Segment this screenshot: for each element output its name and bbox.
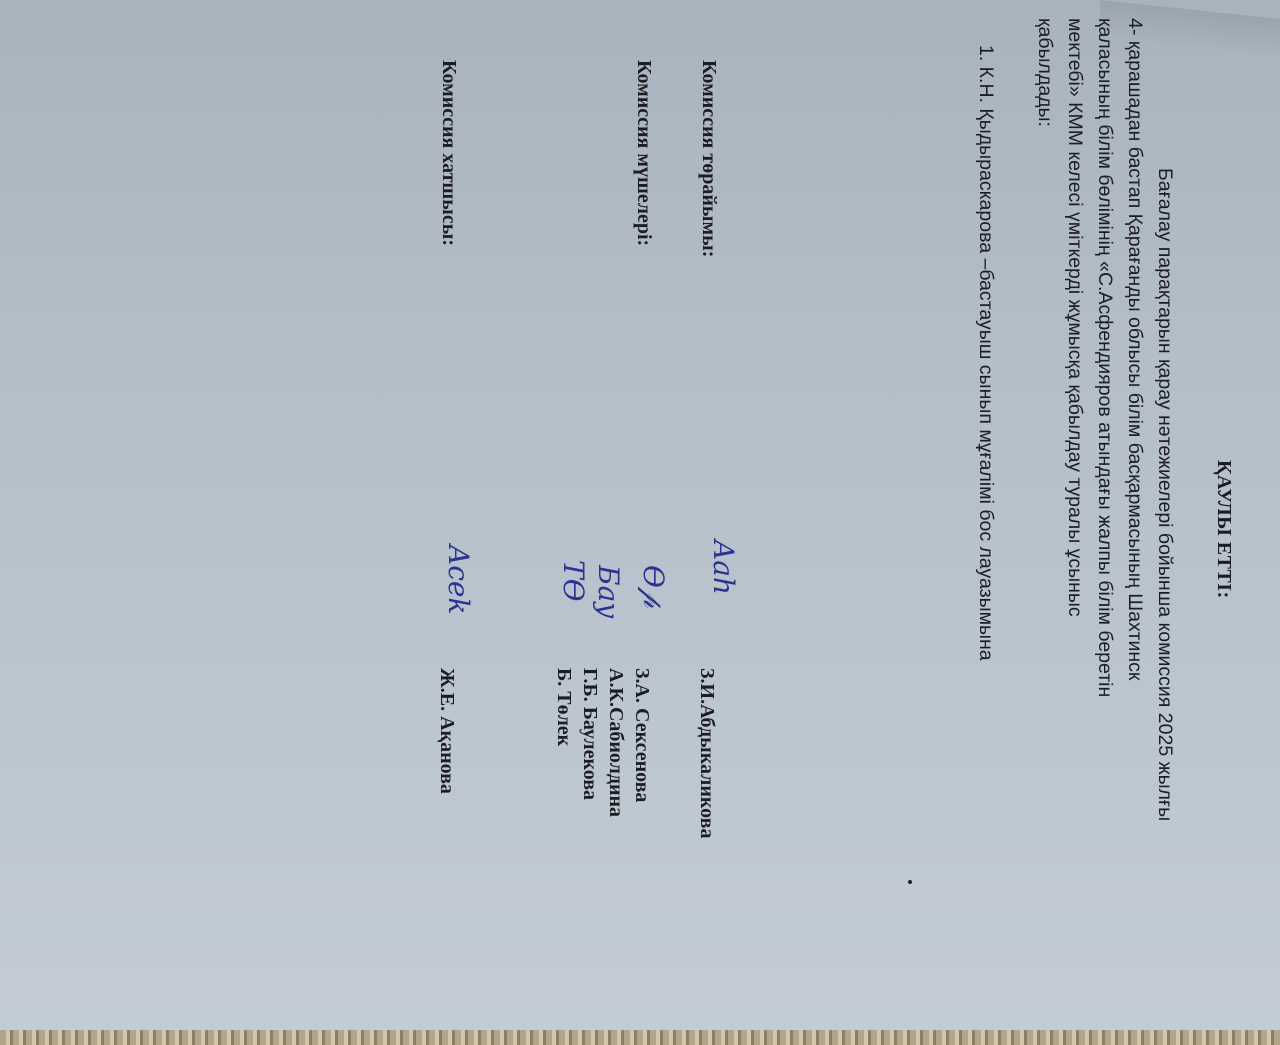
paragraph-line: мектебі» КММ келесі үміткерді жұмысқа қа… [1060, 18, 1090, 1028]
member-name: Г.Б. Баулекова [577, 668, 603, 800]
secretary-label: Комиссия хатшысы: [437, 60, 460, 246]
ink-dot [908, 880, 912, 884]
resolution-heading: ҚАУЛЫ ЕТТІ: [1212, 460, 1235, 599]
chair-label: Комиссия төрайымы: [697, 60, 720, 257]
document-page: ҚАУЛЫ ЕТТІ: Бағалау парақтарын қарау нәт… [0, 0, 1280, 1045]
resolution-paragraph: Бағалау парақтарын қарау нәтежиелері бой… [1030, 18, 1180, 1028]
chair-signature: Aah [707, 540, 740, 595]
paragraph-line: Бағалау парақтарын қарау нәтежиелері бой… [1150, 18, 1180, 1028]
secretary-signature: Acek [442, 545, 475, 614]
paragraph-line: 4- қарашадан бастап Қарағанды облысы біл… [1120, 18, 1150, 1028]
member-signature: ТӨ [557, 560, 590, 602]
member-name: З.А. Сексенова [629, 668, 655, 802]
paragraph-line: қабылдады: [1030, 18, 1060, 1028]
member-signature: Бау [592, 565, 625, 619]
member-name: А.К.Сабиолдина [603, 668, 629, 817]
chair-name: З.И.Абдыкаликова [694, 668, 720, 838]
members-label: Комиссия мүшелері: [632, 60, 655, 246]
member-signature: Ѳ𝓅 [636, 565, 670, 608]
paragraph-line: қаласының білім бөлімінің «С.Асфендияров… [1090, 18, 1120, 1028]
decision-item: 1. К.Н. Қыдыраскарова –бастауыш сынып мұ… [974, 45, 997, 661]
secretary-name: Ж.Е. Ақанова [434, 668, 460, 794]
member-name: Б. Төлек [551, 668, 577, 746]
